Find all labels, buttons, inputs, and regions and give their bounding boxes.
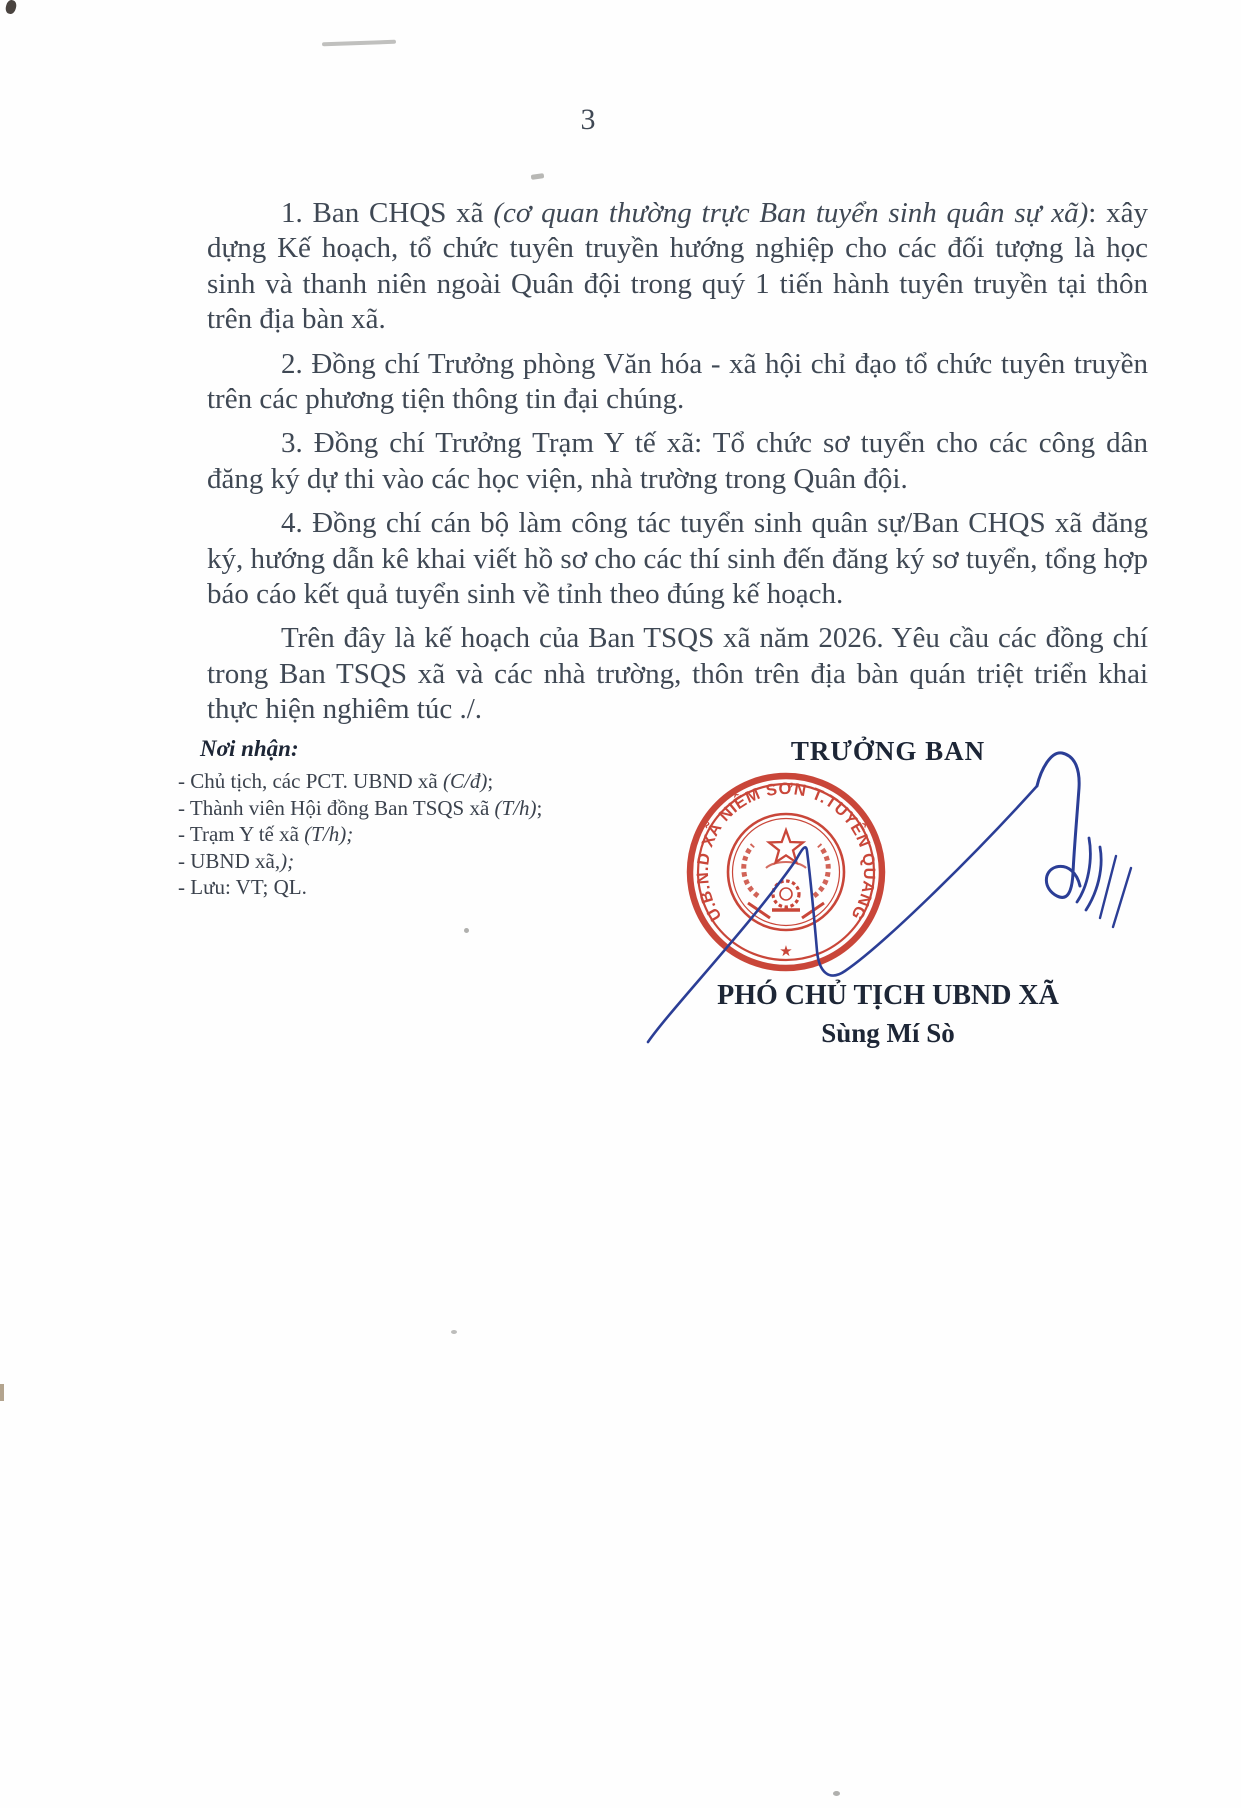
- text-run: - Lưu: VT; QL.: [178, 875, 307, 899]
- signer-name: Sùng Mí Sò: [706, 1018, 1070, 1049]
- scan-artifact-edge-line: [0, 1384, 4, 1401]
- paragraph: 2. Đồng chí Trưởng phòng Văn hóa - xã hộ…: [207, 347, 1148, 418]
- text-run: 4. Đồng chí cán bộ làm công tác tuyển si…: [207, 507, 1148, 610]
- text-run: (T/h): [495, 796, 537, 820]
- paragraph: 1. Ban CHQS xã (cơ quan thường trực Ban …: [207, 196, 1148, 338]
- text-run: - Chủ tịch, các PCT. UBND xã: [178, 769, 443, 793]
- signer-title: PHÓ CHỦ TỊCH UBND XÃ: [706, 980, 1070, 1012]
- text-run: ;: [487, 769, 493, 793]
- document-body: 1. Ban CHQS xã (cơ quan thường trực Ban …: [207, 196, 1148, 728]
- scan-artifact-dot: [464, 928, 469, 933]
- recipient-line: - Chủ tịch, các PCT. UBND xã (C/đ);: [178, 768, 618, 795]
- text-run: - UBND xã,: [178, 849, 280, 873]
- text-run: 3. Đồng chí Trưởng Trạm Y tế xã: Tổ chức…: [207, 427, 1148, 494]
- recipient-line: - Thành viên Hội đồng Ban TSQS xã (T/h);: [178, 795, 618, 822]
- paragraph: 4. Đồng chí cán bộ làm công tác tuyển si…: [207, 506, 1148, 612]
- text-run: );: [280, 849, 294, 873]
- recipient-line: - Trạm Y tế xã (T/h);: [178, 821, 618, 848]
- text-run: ;: [537, 796, 543, 820]
- recipient-line: - UBND xã,);: [178, 848, 618, 875]
- recipients-list: - Chủ tịch, các PCT. UBND xã (C/đ);- Thà…: [178, 768, 618, 901]
- paragraph: 3. Đồng chí Trưởng Trạm Y tế xã: Tổ chức…: [207, 426, 1148, 497]
- scan-artifact-dot: [451, 1330, 457, 1334]
- text-run: (C/đ): [443, 769, 487, 793]
- recipients-label: Nơi nhận:: [200, 736, 299, 762]
- scan-artifact-corner-mark: [4, 0, 17, 15]
- page-number: 3: [568, 103, 608, 137]
- text-run: 2. Đồng chí Trưởng phòng Văn hóa - xã hộ…: [207, 348, 1148, 415]
- scan-artifact-dot: [833, 1791, 840, 1796]
- text-run: - Trạm Y tế xã: [178, 822, 304, 846]
- text-run: (cơ quan thường trực Ban tuyển sinh quân…: [493, 197, 1088, 229]
- scan-artifact-dash: [531, 173, 545, 180]
- recipient-line: - Lưu: VT; QL.: [178, 874, 618, 901]
- document-page: 3 1. Ban CHQS xã (cơ quan thường trực Ba…: [0, 0, 1241, 1808]
- text-run: (T/h);: [304, 822, 353, 846]
- text-run: - Thành viên Hội đồng Ban TSQS xã: [178, 796, 495, 820]
- paragraph: Trên đây là kế hoạch của Ban TSQS xã năm…: [207, 621, 1148, 727]
- text-run: 1. Ban CHQS xã: [281, 197, 493, 229]
- text-run: Trên đây là kế hoạch của Ban TSQS xã năm…: [207, 622, 1148, 725]
- scan-artifact-dash: [322, 40, 396, 47]
